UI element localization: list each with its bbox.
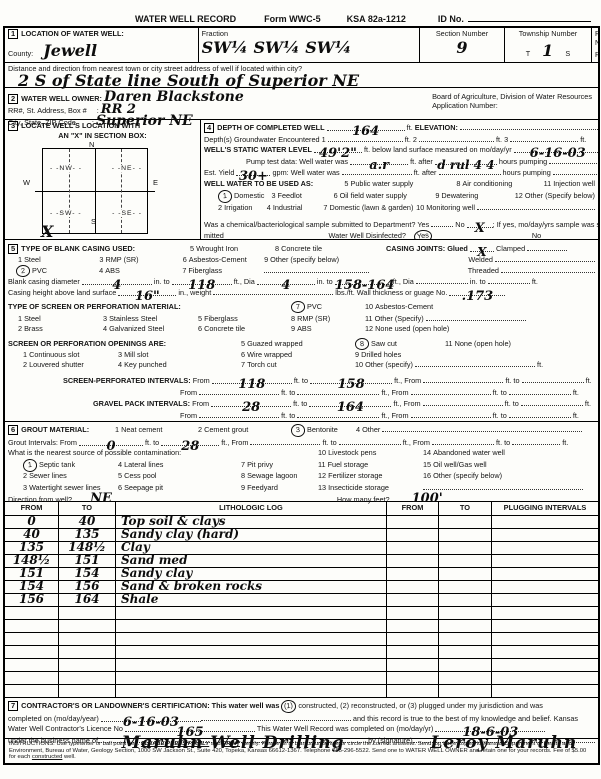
- screen-3-num: 3: [103, 314, 107, 323]
- litho-to: 148½: [68, 542, 106, 553]
- screen-4-num: 4: [103, 324, 107, 333]
- grout-3-label: Bentonite: [307, 425, 338, 434]
- screen-8-label: RMP (SR): [297, 314, 330, 323]
- county-value: Jewell: [43, 41, 97, 60]
- litho-from: 135: [19, 542, 44, 553]
- township-t: T: [526, 49, 530, 58]
- diam1-field: 4: [82, 277, 152, 285]
- gpi2-ftfrom: ft., From: [381, 411, 408, 420]
- id-label: ID No.: [438, 14, 464, 24]
- casing-title: TYPE OF BLANK CASING USED:: [21, 244, 135, 253]
- spi-b2: [522, 375, 584, 383]
- litho-log: Shale: [121, 594, 158, 605]
- opening-9-num: 9: [355, 350, 359, 359]
- contam-3-num: 3: [23, 483, 27, 492]
- grout-b4: [512, 437, 560, 445]
- gw-1: 1: [322, 135, 326, 144]
- gpi-to-field: 164: [309, 399, 391, 407]
- use-12-label: Other (Specify below): [525, 191, 595, 200]
- litho-blank-row: [5, 658, 598, 671]
- gpi2-ftto2: ft. to: [493, 411, 507, 420]
- litho-from: 0: [27, 516, 35, 527]
- fraction-value: SW¼ SW¼ SW¼: [202, 38, 352, 57]
- screen-5-label: Fiberglass: [204, 314, 238, 323]
- pump-hours-field: d rul 4 4: [435, 157, 497, 165]
- grout-title: GROUT MATERIAL:: [21, 425, 89, 434]
- use-7-label: Domestic (lawn & garden): [329, 203, 413, 212]
- gw3-blank: [510, 134, 578, 142]
- use-3-num: 3: [271, 191, 275, 200]
- spi-ft-end: ft.: [586, 376, 592, 385]
- spi-ftfrom: ft., From: [394, 376, 421, 385]
- gpi2-b1: [199, 410, 279, 418]
- section3-locate: 3LOCATE WELL'S LOCATION WITH AN "X" IN S…: [5, 120, 201, 239]
- section3-4-row: 3LOCATE WELL'S LOCATION WITH AN "X" IN S…: [5, 120, 598, 240]
- section7-number: 7: [8, 701, 18, 711]
- static-date-field: 6-16-03: [514, 145, 598, 153]
- litho-log: Sandy clay (hard): [121, 529, 239, 540]
- grout-b1: [250, 437, 320, 445]
- gpi2-b3: [411, 410, 491, 418]
- contam-6-num: 6: [118, 483, 122, 492]
- spi2-ftto2: ft. to: [493, 388, 507, 397]
- section-number-cell: Section Number 9: [420, 28, 505, 62]
- gpi-b2: [521, 398, 583, 406]
- use-9-num: 9: [435, 191, 439, 200]
- use-2-num: 2: [218, 203, 222, 212]
- spi-ftto2: ft. to: [505, 376, 519, 385]
- opening-2-num: 2: [23, 360, 27, 369]
- screen-11-num: 11: [365, 314, 373, 323]
- opening-6-num: 6: [241, 350, 245, 359]
- use-8-label: Air conditioning: [462, 179, 512, 188]
- distance-row: Distance and direction from nearest town…: [5, 63, 598, 88]
- disinfected-no: No: [532, 231, 541, 239]
- clamped-label: Clamped: [496, 244, 525, 253]
- d3-blank: [488, 276, 530, 284]
- diam3-blank: [416, 276, 468, 284]
- litho-log: Top soil & clays: [121, 516, 226, 527]
- contam-1-label: Septic tank: [39, 460, 75, 469]
- opening-1-label: Continuous slot: [29, 350, 79, 359]
- spi2-b4: [509, 387, 571, 395]
- application-number-label: Application Number:: [432, 101, 592, 110]
- contam-5-label: Cess pool: [124, 471, 156, 480]
- litho-to: 164: [74, 594, 99, 605]
- contam-6-label: Seepage pit: [124, 483, 163, 492]
- grout-from-field: 0: [79, 438, 143, 446]
- into-1: in. to: [154, 277, 170, 286]
- casing-6-label: Asbestos-Cement: [189, 255, 247, 264]
- elevation-label: ELEVATION:: [415, 123, 458, 132]
- casing-8-num: 8: [275, 244, 279, 253]
- township-value: 1: [542, 41, 553, 60]
- opening-11-num: 11: [445, 339, 453, 348]
- sample-yes-blank: [431, 219, 453, 227]
- screen-9-num: 9: [291, 324, 295, 333]
- contam-other-blank: [423, 482, 583, 490]
- ne-label: - -NE- -: [111, 165, 143, 172]
- use-3-label: Feedlot: [278, 191, 302, 200]
- township-cell: Township Number T 1 S: [505, 28, 592, 62]
- casing-other-blank: [264, 265, 369, 273]
- litho-from: 156: [19, 594, 44, 605]
- screen-1-label: Steel: [24, 314, 41, 323]
- grout-from-label: From: [60, 438, 77, 447]
- litho-from: 154: [19, 581, 44, 592]
- litho-from: 148½: [13, 555, 51, 566]
- use-12-num: 12: [515, 191, 523, 200]
- owner-label: WATER WELL OWNER:: [21, 94, 102, 103]
- screen-7-num-circled: 7: [290, 301, 305, 314]
- depth-field: 164: [327, 123, 405, 131]
- pump-test-label: Pump test data:: [246, 157, 297, 166]
- casing-height-label: Casing height above land surface: [8, 288, 116, 297]
- county-label: County:: [8, 49, 33, 58]
- contam-16-label: Other (specify below): [433, 471, 502, 480]
- well-location-x-mark: X: [41, 222, 53, 239]
- opening-6-label: Wire wrapped: [247, 350, 292, 359]
- screen-2-num: 2: [18, 324, 22, 333]
- opening-5-num: 5: [241, 339, 245, 348]
- quarter-line-left: [69, 149, 70, 233]
- spi-ftto: ft. to: [294, 376, 308, 385]
- disinfected-label: Water Well Disinfected?: [264, 231, 414, 239]
- contam-9-num: 9: [241, 483, 245, 492]
- contam-15-label: Oil well/Gas well: [433, 460, 487, 469]
- use-5-num: 5: [344, 179, 348, 188]
- opening-9-label: Drilled holes: [361, 350, 401, 359]
- gw2-blank: [419, 134, 494, 142]
- grout-to-field: 28: [161, 438, 219, 446]
- contamination-label: What is the nearest source of possible c…: [8, 448, 318, 459]
- ftdia-2: ft., Dia: [393, 277, 414, 286]
- use-10-num: 10: [416, 203, 424, 212]
- screen-9-label: ABS: [297, 324, 312, 333]
- openings-title: SCREEN OR PERFORATION OPENINGS ARE:: [8, 339, 166, 348]
- grout-4-num: 4: [356, 425, 360, 434]
- use-5-label: Public water supply: [350, 179, 413, 188]
- section-number-value: 9: [456, 38, 467, 57]
- grout-ftfrom-1: ft., From: [221, 438, 248, 447]
- grout-ftto: ft. to: [145, 438, 159, 447]
- gw-ft3: ft. 3: [496, 135, 508, 144]
- constructed-underline: constructed: [32, 754, 62, 760]
- opening-11-label: None (open hole): [455, 339, 511, 348]
- section4-well-data: 4DEPTH OF COMPLETED WELL 164 ft. ELEVATI…: [201, 120, 598, 239]
- casing-joints-label: CASING JOINTS: Glued: [386, 244, 468, 253]
- contam-10-label: Livestock pens: [328, 448, 376, 457]
- grout-ft-end: ft.: [562, 438, 568, 447]
- contam-2-num: 2: [23, 471, 27, 480]
- gpi2-ft-end: ft.: [573, 411, 579, 420]
- casing-5-num: 5: [190, 244, 194, 253]
- section3-title-2: AN "X" IN SECTION BOX:: [58, 131, 146, 140]
- section3-number: 3: [8, 121, 18, 131]
- sample-question-3: mitted: [204, 231, 264, 239]
- section5-number: 5: [8, 244, 18, 254]
- litho-log: Sand med: [121, 555, 187, 566]
- signature-label: by (signature): [368, 736, 413, 747]
- fraction-cell: Fraction SW¼ SW¼ SW¼: [199, 28, 420, 62]
- gpi2-from: From: [180, 411, 197, 420]
- opening-5-label: Guazed wrapped: [247, 339, 303, 348]
- screen-10-label: Asbestos-Cement: [375, 302, 433, 311]
- section6-grout: 6GROUT MATERIAL:1Neat cement2Cement grou…: [5, 422, 598, 502]
- screen-3-label: Stainless Steel: [109, 314, 157, 323]
- into-2: in. to: [317, 277, 333, 286]
- litho-log: Sandy clay: [121, 568, 192, 579]
- section6-number: 6: [8, 425, 18, 435]
- opening-3-num: 3: [118, 350, 122, 359]
- township-s: S: [565, 49, 570, 58]
- business-name-field: Maruhn Well Drilling: [98, 736, 368, 743]
- ksa-number: KSA 82a-1212: [347, 14, 406, 24]
- contam-11-num: 11: [318, 460, 326, 469]
- contam-14-num: 14: [423, 448, 431, 457]
- gpi-ftto: ft. to: [293, 399, 307, 408]
- gpi-from-label: From: [192, 399, 209, 408]
- use-1-label: Domestic: [234, 191, 264, 200]
- litho-from: 151: [19, 568, 44, 579]
- screen-6-label: Concrete tile: [204, 324, 245, 333]
- spi2-ft-end: ft.: [573, 388, 579, 397]
- into-3: in. to: [470, 277, 486, 286]
- nw-label: - -NW- -: [49, 165, 83, 172]
- casing-1-num: 1: [18, 255, 22, 264]
- use-4-num: 4: [267, 203, 271, 212]
- contam-9-label: Feedyard: [247, 483, 278, 492]
- casing-7-label: Fiberglass: [188, 266, 222, 275]
- opening-10-label: Other (specify): [365, 360, 413, 369]
- gpm2-blank: [553, 167, 598, 175]
- casing-5-label: Wrought Iron: [196, 244, 238, 253]
- spi-b1: [423, 375, 503, 383]
- elevation-blank: [460, 122, 598, 130]
- feet-value: 100': [412, 494, 443, 505]
- licence-label: Water Well Contractor's Licence No: [8, 724, 123, 733]
- grout-2-label: Cement grout: [204, 425, 248, 434]
- hours-pumping-2: hours pumping: [503, 168, 551, 177]
- spi-from-label: From: [193, 376, 210, 385]
- litho-to: 156: [74, 581, 99, 592]
- section1-title: LOCATION OF WATER WELL:: [21, 29, 124, 38]
- static-level-label: WELL'S STATIC WATER LEVEL: [204, 145, 312, 154]
- welded-blank: [495, 254, 595, 262]
- litho-blank-row: [5, 632, 598, 645]
- certification-title: CONTRACTOR'S OR LANDOWNER'S CERTIFICATIO…: [21, 701, 279, 710]
- contam-16-num: 16: [423, 471, 431, 480]
- screen-5-num: 5: [198, 314, 202, 323]
- contam-4-label: Lateral lines: [124, 460, 163, 469]
- casing-9-num: 9: [264, 255, 268, 264]
- contam-13-label: Insecticide storage: [328, 483, 389, 492]
- litho-blank-row: [5, 619, 598, 632]
- contam-1-num-circled: 1: [22, 458, 37, 472]
- section7-certification: 7CONTRACTOR'S OR LANDOWNER'S CERTIFICATI…: [5, 698, 598, 738]
- sample-question-2: ; If yes, mo/day/yrs sample was sub-: [493, 220, 598, 229]
- opening-ft: ft.: [537, 360, 543, 369]
- contam-8-label: Sewage lagoon: [247, 471, 297, 480]
- depth-label: DEPTH OF COMPLETED WELL: [217, 123, 324, 132]
- grout-4-label: Other: [362, 425, 380, 434]
- opening-10-num: 10: [355, 360, 363, 369]
- casing-diameter-label: Blank casing diameter: [8, 277, 80, 286]
- clamped-blank: [527, 243, 567, 251]
- range-cell: Range Number R 7 EW: [592, 28, 598, 62]
- spi2-from: From: [180, 388, 197, 397]
- gpm-2: gpm:: [272, 168, 288, 177]
- use-6-label: Oil field water supply: [340, 191, 407, 200]
- groundwater-label: Depth(s) Groundwater Encountered: [204, 135, 320, 144]
- section2-number: 2: [8, 94, 18, 104]
- opening-8-num-circled: 8: [354, 337, 369, 350]
- sample-no-label: No: [455, 220, 464, 229]
- direction-label: Direction from well?: [8, 495, 72, 506]
- contam-14-label: Abandoned water well: [433, 448, 505, 457]
- opening-7-label: Torch cut: [247, 360, 277, 369]
- signature-field: Leroy Maruhn: [413, 736, 595, 743]
- use-9-label: Dewatering: [441, 191, 478, 200]
- litho-to: 154: [74, 568, 99, 579]
- threaded-blank: [501, 265, 595, 273]
- grout-b2: [339, 437, 401, 445]
- section3-title-1: LOCATE WELL'S LOCATION WITH: [21, 121, 140, 130]
- screen-10-num: 10: [365, 302, 373, 311]
- gauge-field: .173: [449, 288, 505, 296]
- litho-to: 40: [79, 516, 96, 527]
- business-name-label: under the business name of: [8, 736, 98, 747]
- sample-no-field: X: [467, 220, 493, 228]
- disinfected-yes-circled: Yes: [413, 229, 432, 239]
- spi-to-field: 158: [310, 376, 392, 384]
- water-well-record-form: WATER WELL RECORD Form WWC-5 KSA 82a-121…: [0, 0, 601, 779]
- screen-2-label: Brass: [24, 324, 43, 333]
- est-yield-field: 30+: [236, 168, 270, 176]
- litho-to: 151: [74, 555, 99, 566]
- grout-b3: [432, 437, 494, 445]
- litho-blank-row: [5, 645, 598, 658]
- d1-field: 118: [172, 277, 232, 285]
- opening-2-label: Louvered shutter: [29, 360, 84, 369]
- casing-7-num: 7: [182, 266, 186, 275]
- section-number-label: Section Number: [423, 29, 501, 38]
- grout-ftto-2: ft. to: [323, 438, 337, 447]
- se-label: - -SE- -: [111, 210, 143, 217]
- constructed-1-circled: (1): [281, 699, 297, 713]
- grout-other-blank: [382, 424, 582, 432]
- casing-2-label: PVC: [32, 266, 47, 275]
- ftdia-1: ft., Dia: [234, 277, 255, 286]
- spi2-ftto: ft. to: [281, 388, 295, 397]
- static-mid-label: ft. below land surface measured on mo/da…: [364, 145, 512, 154]
- gpi2-b4: [509, 410, 571, 418]
- diam2-field: 4: [257, 277, 315, 285]
- threaded-label: Threaded: [468, 266, 499, 275]
- gpi-ft-end: ft.: [585, 399, 591, 408]
- use-8-num: 8: [456, 179, 460, 188]
- casing-4-label: ABS: [105, 266, 120, 275]
- casing-4-num: 4: [99, 266, 103, 275]
- opening-1-num: 1: [23, 350, 27, 359]
- contam-8-num: 8: [241, 471, 245, 480]
- spi2-b3: [411, 387, 491, 395]
- contam-4-num: 4: [118, 460, 122, 469]
- use-11-label: Injection well: [553, 179, 595, 188]
- litho-from: 40: [23, 529, 40, 540]
- west-label: W: [23, 178, 30, 187]
- east-label: E: [153, 178, 158, 187]
- opening-other-blank: [415, 359, 535, 367]
- township-label: Township Number: [508, 29, 588, 38]
- opening-7-num: 7: [241, 360, 245, 369]
- contam-7-num: 7: [241, 460, 245, 469]
- form-body: 1LOCATION OF WATER WELL: County: Jewell …: [3, 26, 600, 765]
- use-1-num-circled: 1: [217, 189, 232, 203]
- litho-log: Sand & broken rocks: [121, 581, 262, 592]
- section1-number: 1: [8, 29, 18, 39]
- casing-6-num: 6: [183, 255, 187, 264]
- pump-depth-field: a.r: [350, 157, 408, 165]
- use-2-label: Irrigation: [224, 203, 252, 212]
- range-r: R: [595, 50, 598, 59]
- screen-6-num: 6: [198, 324, 202, 333]
- quarter-line-right: [121, 149, 122, 233]
- gpi-from-field: 28: [211, 399, 291, 407]
- form-title: WATER WELL RECORD: [135, 14, 236, 24]
- use-4-label: Industrial: [273, 203, 303, 212]
- grout-ftfrom-2: ft., From: [403, 438, 430, 447]
- opening-8-label: Saw cut: [371, 339, 397, 348]
- completed-on-label: completed on (mo/day/year): [8, 714, 99, 723]
- screen-12-num: 12: [365, 324, 373, 333]
- ft-3: ft.: [532, 277, 538, 286]
- use-11-num: 11: [544, 179, 552, 188]
- screen-8-num: 8: [291, 314, 295, 323]
- casing-3-num: 3: [99, 255, 103, 264]
- record-date-field: 18-6-03: [435, 724, 545, 732]
- certification-text-2: and this record is true to the best of m…: [353, 714, 578, 723]
- use-7-num: 7: [323, 203, 327, 212]
- south-label: S: [91, 217, 96, 226]
- gpi-label: GRAVEL PACK INTERVALS:: [93, 399, 190, 408]
- litho-to: 135: [74, 529, 99, 540]
- contam-15-num: 15: [423, 460, 431, 469]
- litho-blank-row: [5, 684, 598, 697]
- spi-label: SCREEN-PERFORATED INTERVALS:: [63, 376, 191, 385]
- casing-3-label: RMP (SR): [105, 255, 138, 264]
- direction-value: NE: [90, 494, 112, 505]
- casing-1-label: Steel: [24, 255, 41, 264]
- screen-11-label: Other (Specify): [375, 314, 424, 323]
- completed-blank: [201, 713, 351, 721]
- gw-ft: ft.: [580, 135, 586, 144]
- fraction-label: Fraction: [202, 29, 416, 38]
- contam-7-label: Pit privy: [247, 460, 273, 469]
- litho-log: Clay: [121, 542, 150, 553]
- litho-row-7: 156164Shale: [5, 593, 598, 606]
- section2-owner: Board of Agriculture, Division of Water …: [5, 88, 598, 120]
- casing-9-label: Other (specify below): [270, 255, 339, 264]
- weight-blank: [213, 287, 333, 295]
- section1-location: 1LOCATION OF WATER WELL: County: Jewell …: [5, 28, 598, 63]
- sample-question: Was a chemical/bacteriological sample su…: [204, 220, 429, 229]
- contam-13-num: 13: [318, 483, 326, 492]
- use-6-num: 6: [334, 191, 338, 200]
- grout-1-label: Neat cement: [121, 425, 162, 434]
- screen-1-num: 1: [18, 314, 22, 323]
- section-box-horizontal-line: [35, 191, 155, 192]
